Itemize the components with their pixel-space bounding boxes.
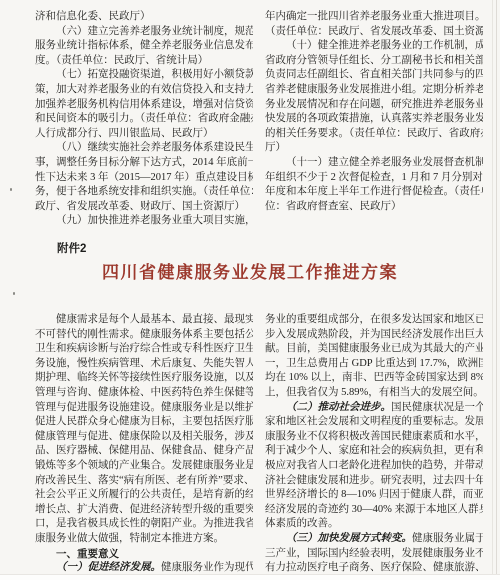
text-line: 省政府分管领导任组长、分工副秘书长和相关部门 [265,54,483,69]
scan-speck [10,188,12,191]
text-line: 和民间资本的吸引力。（责任单位：省政府金融办、 [35,112,253,127]
attachment-label: 附件2 [57,240,86,256]
document-title: 四川省健康服务业发展工作推进方案 [0,258,500,283]
text-line: 健康需求是每个人最基本、最直接、最现实、最 [35,313,253,328]
text-line: 社会公平正义所履行的公共责任，是培育新的经济 [35,488,253,503]
text-line: 利于减少个人、家庭和社会的疾病负担，更有利于积 [265,444,483,459]
text-line: 事，调整任务目标分解下达方式，2014 年底前一次 [35,156,253,171]
text-line: 家和地区社会发展和文明程度的重要标志。发展健 [265,415,483,430]
text-line: 务设施，慢性疾病管理、术后康复、失能失智人员长 [35,357,253,372]
text-line: 献。目前，美国健康服务业已成为其最大的产业之 [265,342,483,357]
top-right-column: 年内确定一批四川省养老服务业重大推进项目。 （责任单位：民政厅、省发展改革委、国… [265,10,483,229]
text-line: 省养老健康服务业发展推进小组。定期分析养老服 [265,83,483,98]
text-line: 增长点、扩大消费、促进经济转型升级的重要突破 [35,503,253,518]
paragraph-lead: （一）促进经济发展。 [56,562,161,573]
text-line: 年内确定一批四川省养老服务业重大推进项目。 [265,10,483,25]
top-section: 济和信息化委、民政厅） （六）建立完善养老服务业统计制度，规范养老 服务业统计指… [35,10,483,229]
text-line: （九）加快推进养老服务业重大项目实施，2014 [35,214,253,229]
paragraph-lead: （三）加快发展方式转变。 [286,533,412,544]
text-line: 务业的重要组成部分，在很多发达国家和地区已经 [265,313,483,328]
text-line: 管理与咨询、健康体检、中医药特色养生保健等健康 [35,386,253,401]
scan-edge-line [496,0,497,574]
text-line: 服务业统计指标体系，健全养老服务业信息发布制 [35,39,253,54]
text-line: 期护理、临终关怀等接续性医疗服务设施，以及健康 [35,371,253,386]
section-heading: 一、重要意义 [35,547,253,562]
text-line: 济社会健康发展和进步。研究表明，过去四十年中 [265,474,483,489]
text-line: （责任单位：民政厅、省发展改革委、国土资源厅） [265,25,483,40]
paragraph-lead: （二）推动社会进步。 [286,402,391,413]
text-line: （十一）建立健全养老服务业发展督查机制，每 [265,156,483,171]
text-line: （六）建立完善养老服务业统计制度，规范养老 [35,25,253,40]
text-line: 步入发展成熟阶段，并为国民经济发展作出巨大贡 [265,328,483,343]
body-right-column: 务业的重要组成部分，在很多发达国家和地区已经 步入发展成熟阶段，并为国民经济发展… [265,313,483,576]
text-line: （十）健全推进养老服务业的工作机制，成立由 [265,39,483,54]
text-line: 不可替代的刚性需求。健康服务体系主要包括公共 [35,328,253,343]
text-line: 锻炼等多个领域的产业集合。发展健康服务业是政 [35,459,253,474]
text-line: （七）拓宽投融资渠道，积极用好小额贷款等政 [35,68,253,83]
text-line: 的相关任务要求。（责任单位：民政厅、省政府办公 [265,127,483,142]
text-line: （三）加快发展方式转变。健康服务业属于第 [265,532,483,547]
body-section: 健康需求是每个人最基本、最直接、最现实、最 不可替代的刚性需求。健康服务体系主要… [35,313,483,576]
paragraph-text: 健康服务业属于第 [412,533,483,544]
text-line: 极应对我省人口老龄化进程加快的趋势，并带动经 [265,459,483,474]
text-line: 世界经济增长的 8—10% 归因于健康人群，而亚洲 [265,488,483,503]
scan-bottom-strip [0,574,500,580]
scan-edge-line [492,0,493,574]
text-line: 品、医疗器械、保健用品、保健食品、健身产品、体育 [35,444,253,459]
text-line: 务，便于各地系统安排和组织实施。（责任单位：民 [35,185,253,200]
text-line: 人行成都分行、四川银监局、民政厅） [35,127,253,142]
text-line: 济和信息化委、民政厅） [35,10,253,25]
text-line: 经济发展的奇迹约 30—40% 来源于本地区人群身 [265,503,483,518]
text-line: 加强养老服务机构信用体系建设，增强对信贷资金 [35,98,253,113]
text-line: 上，但我省仅为 5.89%，有相当大的发展空间。 [265,386,483,401]
text-line: 策，加大对养老服务业的有效信贷投入和支持力度。 [35,83,253,98]
text-line: 康服务业不仅将积极改善国民健康素质和水平，有 [265,430,483,445]
text-line: （八）继续实施社会养老服务体系建设民生实 [35,141,253,156]
text-line: 位：省政府督查室、民政厅） [265,200,483,215]
text-line: 三产业，国际国内经验表明，发展健康服务业不仅将 [265,547,483,562]
text-line: 度。（责任单位：民政厅、省统计局） [35,54,253,69]
text-line: 均在 10% 以上，南非、巴西等金砖国家达到 8% 以 [265,371,483,386]
scan-speck [13,292,15,295]
paragraph-text: 国民健康状况是一个国 [391,402,483,413]
text-line: 性下达未来 3 年（2015—2017 年）重点建设目标任 [35,171,253,186]
paragraph-text: 健康服务业作为现代服 [161,562,253,573]
top-left-column: 济和信息化委、民政厅） （六）建立完善养老服务业统计制度，规范养老 服务业统计指… [35,10,253,229]
text-line: 体素质的改善。 [265,517,483,532]
text-line: 年度和本年度上半年工作进行督促检查。（责任单 [265,185,483,200]
text-line: 卫生和疾病诊断与治疗综合性或专科性医疗卫生服 [35,342,253,357]
body-left-column: 健康需求是每个人最基本、最直接、最现实、最 不可替代的刚性需求。健康服务体系主要… [35,313,253,576]
text-line: （二）推动社会进步。国民健康状况是一个国 [265,401,483,416]
text-line: 务业发展情况和存在问题，研究推进养老服务业加 [265,98,483,113]
text-line: 口，是我省极具成长性的朝阳产业。为推进我省健 [35,517,253,532]
text-line: 厅） [265,141,483,156]
text-line: 快发展的各项政策措施，认真落实养老服务业发展 [265,112,483,127]
text-line: 府改善民生、落实“病有所医、老有所养”要求、促进 [35,474,253,489]
text-line: 负责同志任副组长、省直相关部门共同参与的四川 [265,68,483,83]
text-line: 年组织不少于 2 次督促检查，1 月和 7 月分别对上 [265,171,483,186]
text-line: 管理与促进服务设施建设。健康服务业是以维护和 [35,401,253,416]
text-line: 康服务业做大做强，特制定本推进方案。 [35,532,253,547]
text-line: 一，卫生总费用占 GDP 比重达到 17.7%，欧洲国家 [265,357,483,372]
document-page: 济和信息化委、民政厅） （六）建立完善养老服务业统计制度，规范养老 服务业统计指… [0,0,500,580]
text-line: 促进人民群众身心健康为目标，主要包括医疗服务、 [35,415,253,430]
text-line: 政厅、省发展改革委、财政厅、国土资源厅） [35,200,253,215]
text-line: 健康管理与促进、健康保险以及相关服务，涉及药 [35,430,253,445]
